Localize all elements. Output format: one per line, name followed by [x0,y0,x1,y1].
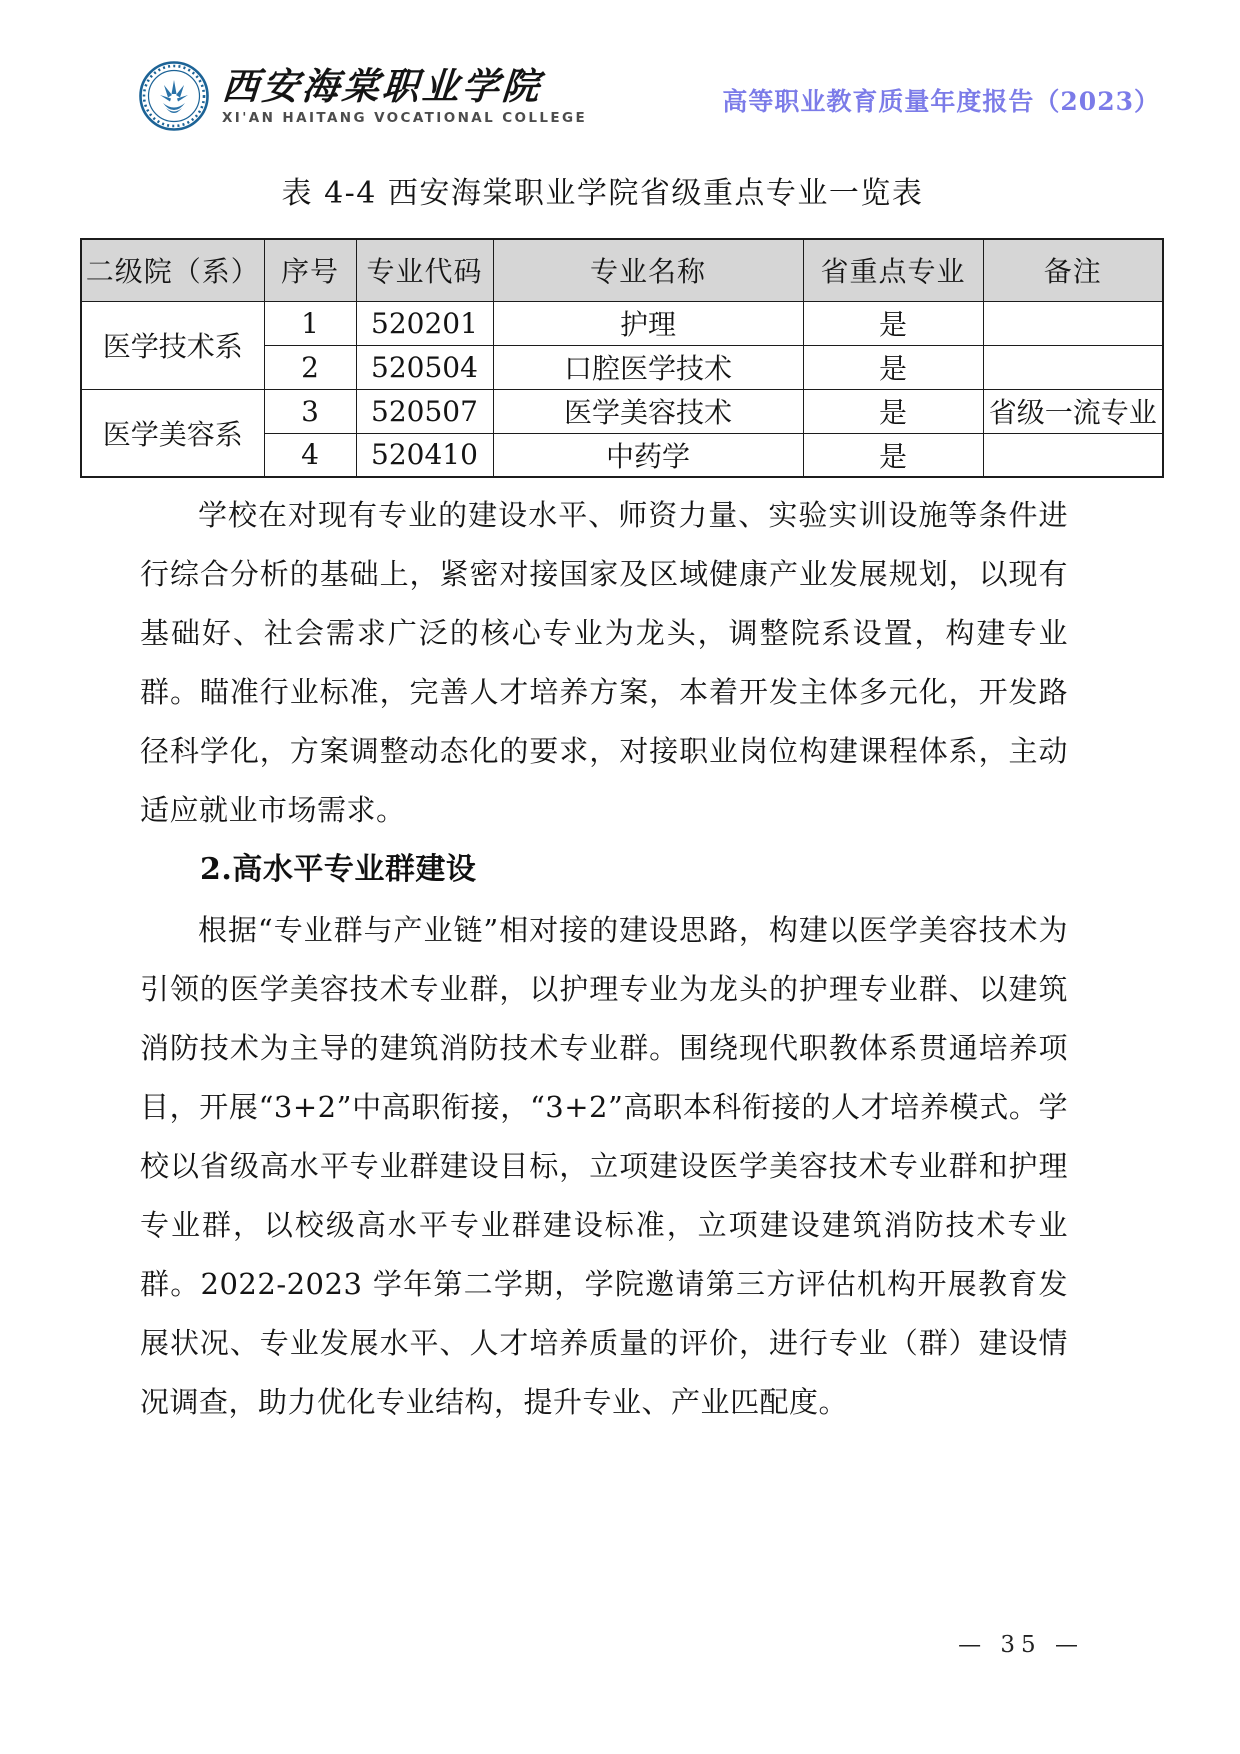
table-row: 医学技术系 1 520201 护理 是 [81,301,1163,345]
college-name-cn: 西安海棠职业学院 [221,66,589,107]
cell-seq: 3 [264,389,356,433]
college-name-block: 西安海棠职业学院 XI'AN HAITANG VOCATIONAL COLLEG… [222,66,587,126]
page-number: — 35 — [958,1632,1084,1658]
column-header-major: 专业名称 [493,239,803,301]
cell-code: 520507 [356,389,493,433]
cell-seq: 4 [264,433,356,477]
column-header-department: 二级院（系） [81,239,264,301]
table-row: 医学美容系 3 520507 医学美容技术 是 省级一流专业 [81,389,1163,433]
cell-major: 口腔医学技术 [493,345,803,389]
report-title: 高等职业教育质量年度报告（2023） [722,82,1160,118]
document-page: 西安海棠职业学院 XI'AN HAITANG VOCATIONAL COLLEG… [0,0,1240,1754]
cell-remark [983,345,1163,389]
cell-remark [983,433,1163,477]
cell-code: 520410 [356,433,493,477]
cell-seq: 1 [264,301,356,345]
table-header-row: 二级院（系） 序号 专业代码 专业名称 省重点专业 备注 [81,239,1163,301]
cell-code: 520504 [356,345,493,389]
table-caption: 表 4-4 西安海棠职业学院省级重点专业一览表 [140,168,1065,212]
paragraph-2: 根据“专业群与产业链”相对接的建设思路，构建以医学美容技术为引领的医学美容技术专… [140,901,1068,1432]
cell-provincial-key: 是 [803,433,983,477]
column-header-remark: 备注 [983,239,1163,301]
college-name-en: XI'AN HAITANG VOCATIONAL COLLEGE [222,110,587,126]
cell-provincial-key: 是 [803,389,983,433]
cell-department: 医学技术系 [81,301,264,389]
column-header-seq: 序号 [264,239,356,301]
section-heading-2: 2.高水平专业群建设 [140,840,1068,899]
page-header: 西安海棠职业学院 XI'AN HAITANG VOCATIONAL COLLEG… [138,0,1160,132]
cell-provincial-key: 是 [803,301,983,345]
cell-remark: 省级一流专业 [983,389,1163,433]
college-emblem-icon [138,60,210,132]
cell-code: 520201 [356,301,493,345]
cell-provincial-key: 是 [803,345,983,389]
cell-major: 护理 [493,301,803,345]
cell-major: 医学美容技术 [493,389,803,433]
key-majors-table: 二级院（系） 序号 专业代码 专业名称 省重点专业 备注 医学技术系 1 520… [80,238,1164,478]
cell-seq: 2 [264,345,356,389]
college-logo: 西安海棠职业学院 XI'AN HAITANG VOCATIONAL COLLEG… [138,60,587,132]
column-header-provincial-key: 省重点专业 [803,239,983,301]
paragraph-1: 学校在对现有专业的建设水平、师资力量、实验实训设施等条件进行综合分析的基础上，紧… [140,486,1068,840]
column-header-code: 专业代码 [356,239,493,301]
cell-department: 医学美容系 [81,389,264,477]
cell-remark [983,301,1163,345]
cell-major: 中药学 [493,433,803,477]
